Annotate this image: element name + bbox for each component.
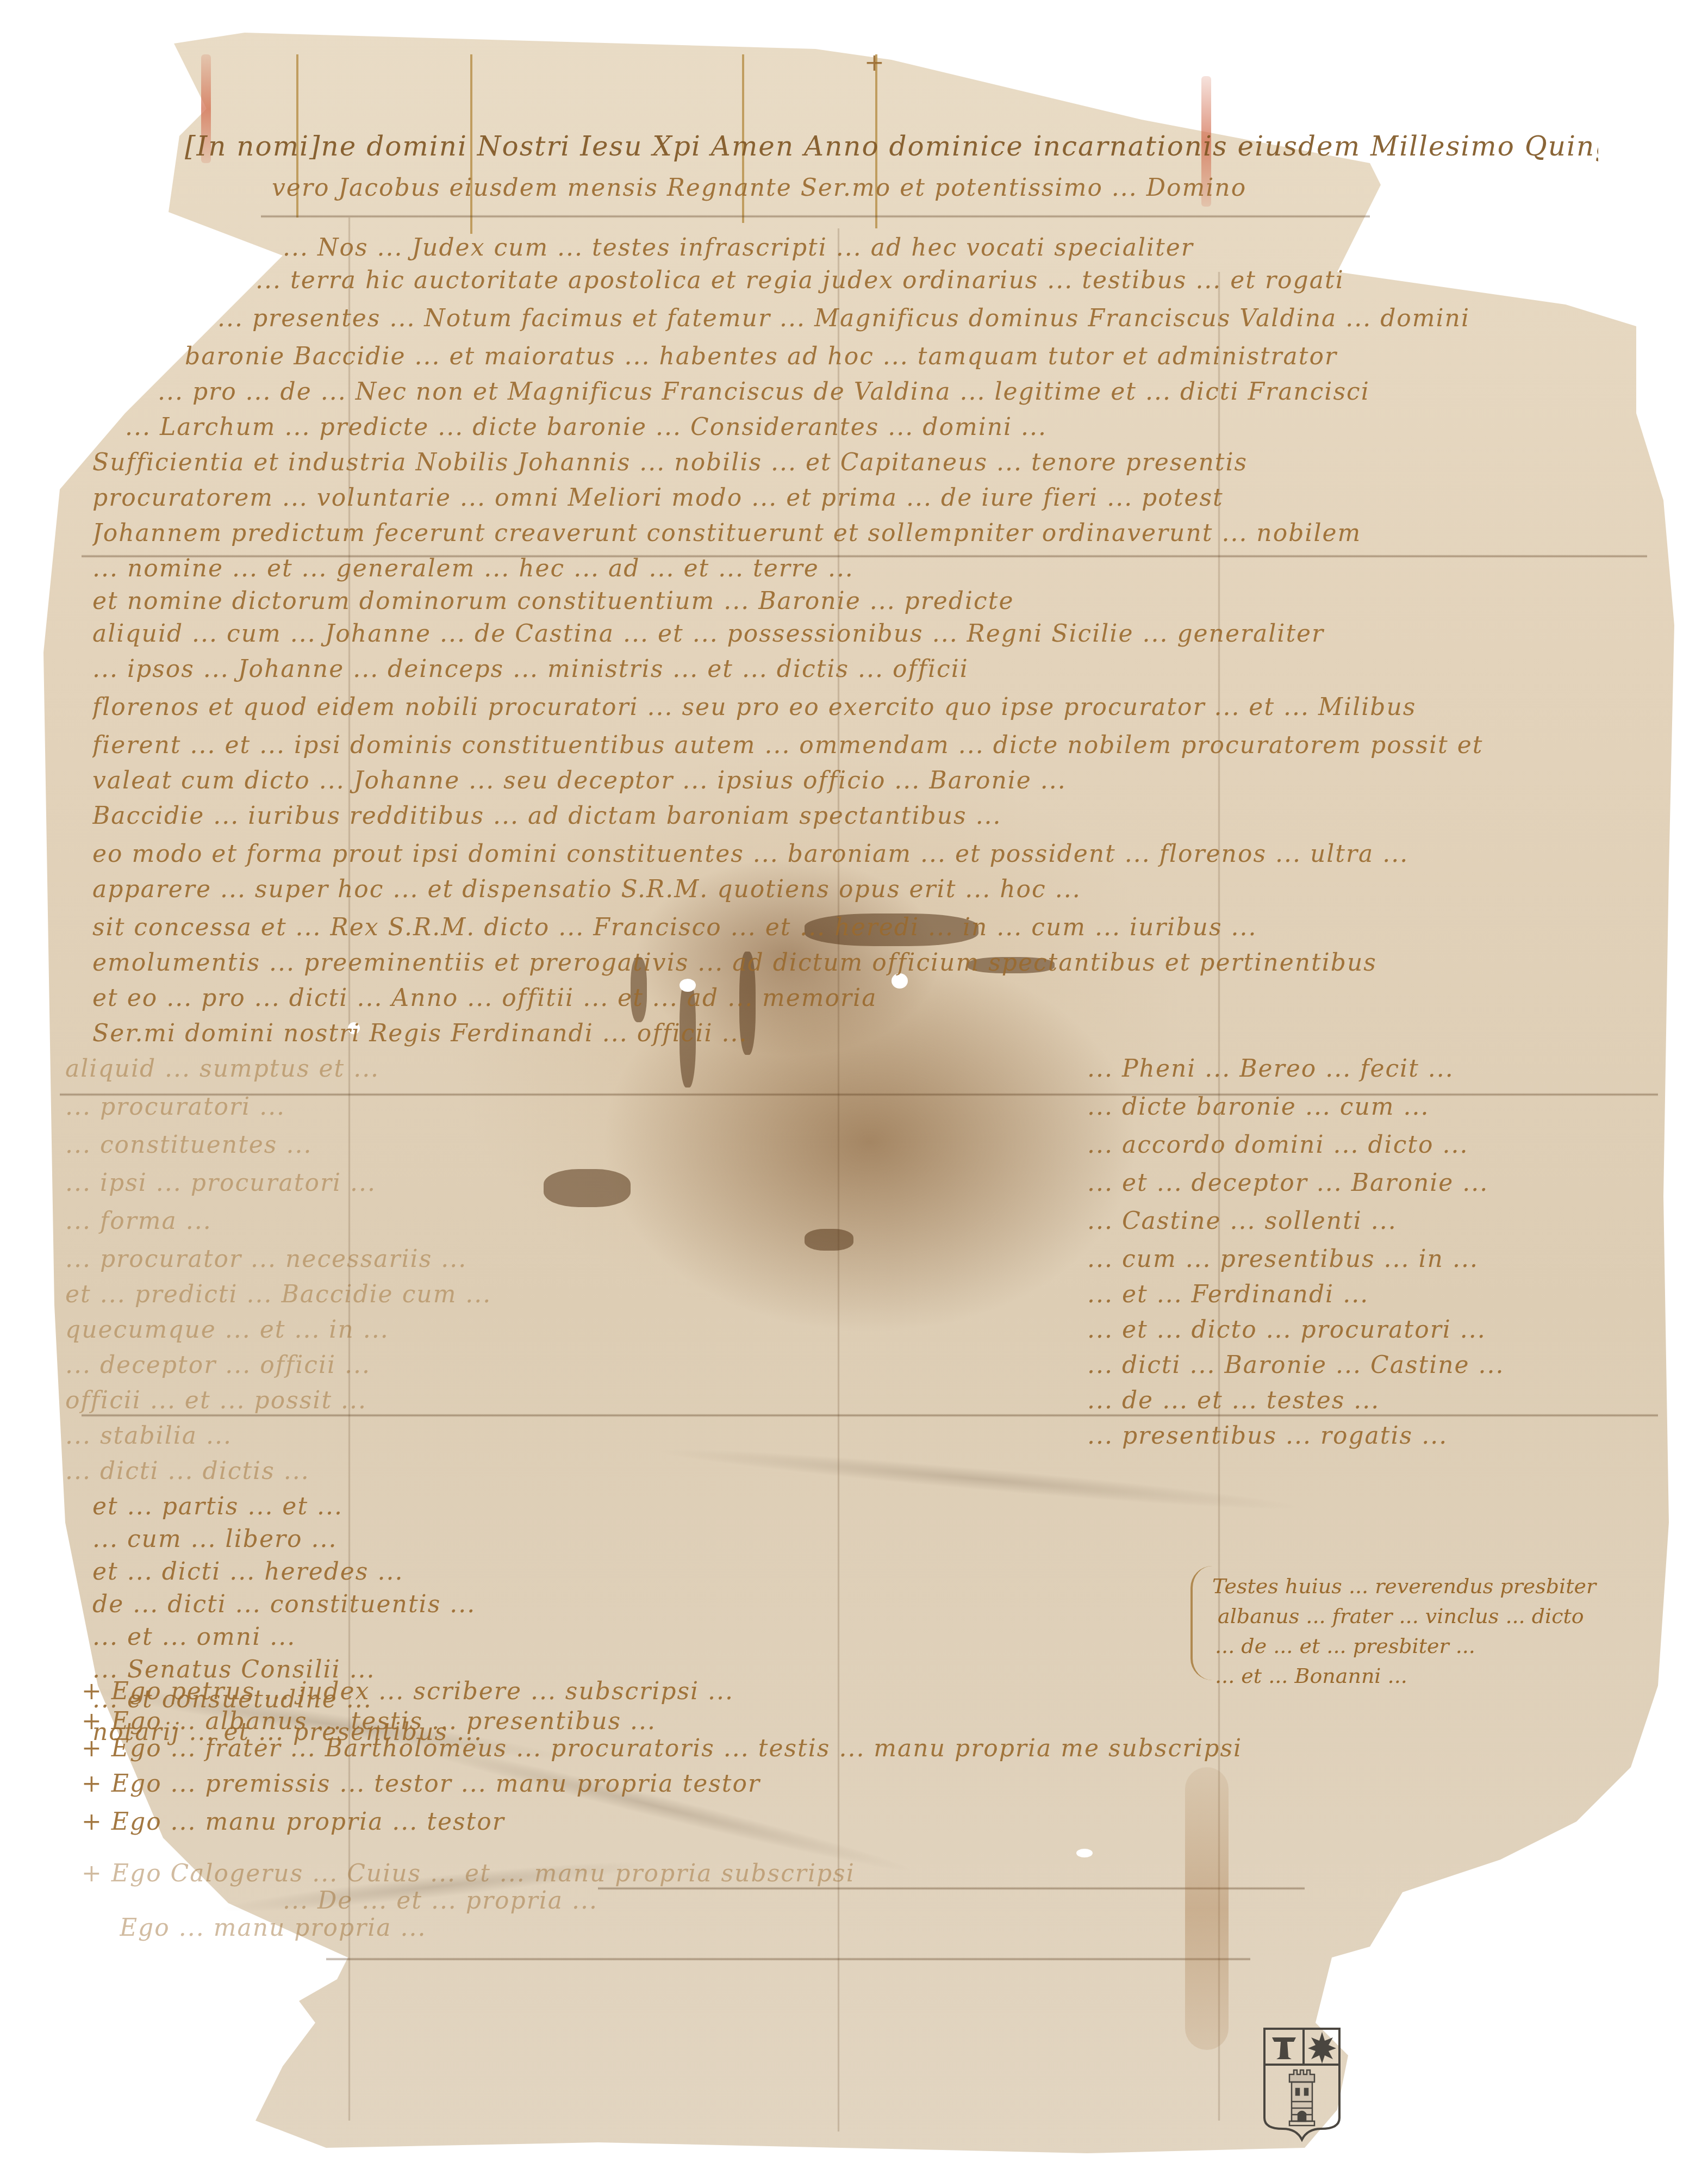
marginal-note-line: Testes huius ... reverendus presbiter (1212, 1574, 1596, 1598)
manuscript-line: aliquid ... cum ... Johanne ... de Casti… (92, 620, 1647, 648)
manuscript-line: ... ipsos ... Johanne ... deinceps ... m… (92, 655, 1647, 683)
manuscript-line: baronie Baccidie ... et maioratus ... ha… (185, 343, 1642, 370)
manuscript-line-right: ... dicti ... Baronie ... Castine ... (1087, 1351, 1631, 1379)
manuscript-line-right: ... et ... dicto ... procuratori ... (1087, 1316, 1631, 1344)
signature-line: + Ego ... frater ... Bartholomeus ... pr… (82, 1735, 1604, 1762)
manuscript-line-right: ... cum ... presentibus ... in ... (1087, 1245, 1631, 1273)
manuscript-line: ... et ... omni ... (92, 1623, 1180, 1651)
signature-line: + Ego ... premissis ... testor ... manu … (82, 1770, 1196, 1798)
signature-line: + Ego Calogerus ... Cuius ... et ... man… (82, 1860, 1060, 1887)
signature-line: + Ego ... manu propria ... testor (82, 1808, 1196, 1836)
manuscript-line-damaged: quecumque ... et ... in ... (65, 1316, 582, 1344)
manuscript-line-damaged: ... ipsi ... procuratori ... (65, 1169, 582, 1197)
manuscript-line: ... Larchum ... predicte ... dicte baron… (125, 413, 1647, 441)
marginal-brace (1190, 1566, 1214, 1680)
manuscript-line: vero Jacobus eiusdem mensis Regnante Ser… (272, 174, 1566, 202)
manuscript-line-right: ... et ... deceptor ... Baronie ... (1087, 1169, 1631, 1197)
manuscript-line: et eo ... pro ... dicti ... Anno ... off… (92, 984, 1647, 1012)
manuscript-line: ... presentes ... Notum facimus et fatem… (217, 304, 1631, 332)
manuscript-line-damaged: officii ... et ... possit ... (65, 1387, 582, 1414)
manuscript-line: fierent ... et ... ipsi dominis constitu… (92, 731, 1647, 759)
marginal-note-line: ... de ... et ... presbiter ... (1215, 1634, 1475, 1658)
manuscript-line-damaged: ... deceptor ... officii ... (65, 1351, 582, 1379)
manuscript-line: de ... dicti ... constituentis ... (92, 1590, 1180, 1618)
manuscript-line: ... pro ... de ... Nec non et Magnificus… (158, 378, 1647, 406)
manuscript-line-right: ... dicte baronie ... cum ... (1087, 1093, 1631, 1121)
manuscript-line-right: ... Pheni ... Bereo ... fecit ... (1087, 1055, 1631, 1083)
signature-line: ... De ... et ... propria ... (283, 1887, 1044, 1915)
manuscript-line: emolumentis ... preeminentiis et preroga… (92, 949, 1647, 977)
manuscript-line: eo modo et forma prout ipsi domini const… (92, 840, 1647, 868)
manuscript-line-right: ... de ... et ... testes ... (1087, 1387, 1631, 1414)
manuscript-line: + (864, 49, 897, 77)
fold-line (261, 215, 1370, 218)
manuscript-line: sit concessa et ... Rex S.R.M. dicto ...… (92, 913, 1647, 941)
manuscript-line: et nomine dictorum dominorum constituent… (92, 587, 1647, 615)
document-heading: [In nomi]ne domini Nostri Iesu Xpi Amen … (185, 130, 1598, 162)
parchment-hole (1076, 1849, 1093, 1857)
star-icon (1308, 2032, 1336, 2064)
ink-stain (805, 1229, 853, 1251)
manuscript-line-damaged: ... constituentes ... (65, 1131, 582, 1159)
manuscript-line-damaged: ... procurator ... necessariis ... (65, 1245, 582, 1273)
manuscript-line: ... Nos ... Judex cum ... testes infrasc… (283, 234, 1587, 262)
manuscript-line: florenos et quod eidem nobili procurator… (92, 693, 1647, 721)
manuscript-line: apparere ... super hoc ... et dispensati… (92, 875, 1647, 903)
manuscript-line: ... terra hic auctoritate apostolica et … (255, 266, 1625, 294)
fold-line (326, 1957, 1250, 1961)
manuscript-line: procuratorem ... voluntarie ... omni Mel… (92, 484, 1647, 512)
manuscript-line-right: ... accordo domini ... dicto ... (1087, 1131, 1631, 1159)
tau-cross-icon (1272, 2037, 1296, 2059)
marginal-note-line: albanus ... frater ... vinclus ... dicto (1218, 1604, 1584, 1628)
manuscript-line-right: ... Castine ... sollenti ... (1087, 1207, 1631, 1235)
manuscript-line: et ... dicti ... heredes ... (92, 1558, 1180, 1586)
signature-line: + Ego ... albanus ... testis ... present… (82, 1707, 1006, 1735)
manuscript-line-damaged: aliquid ... sumptus et ... (65, 1055, 582, 1083)
manuscript-line: et ... partis ... et ... (92, 1493, 1615, 1520)
manuscript-line: ... cum ... libero ... (92, 1525, 1615, 1553)
manuscript-line: Sufficientia et industria Nobilis Johann… (92, 449, 1647, 476)
manuscript-line-damaged: ... forma ... (65, 1207, 582, 1235)
manuscript-line-damaged: ... dicti ... dictis ... (65, 1457, 582, 1485)
manuscript-line: ... nomine ... et ... generalem ... hec … (92, 555, 1647, 582)
water-stain (1185, 1767, 1229, 2050)
manuscript-line: Ser.mi domini nostri Regis Ferdinandi ..… (92, 1020, 1647, 1047)
manuscript-line: valeat cum dicto ... Johanne ... seu dec… (92, 767, 1647, 794)
signature-line: Ego ... manu propria ... (120, 1914, 1098, 1942)
manuscript-line: Johannem predictum fecerunt creaverunt c… (92, 519, 1647, 547)
manuscript-line: Baccidie ... iuribus redditibus ... ad d… (92, 802, 1647, 830)
coat-of-arms-watermark (1261, 2025, 1343, 2142)
signature-line: + Ego petrus ... judex ... scribere ... … (82, 1677, 1006, 1705)
manuscript-line-right: ... et ... Ferdinandi ... (1087, 1281, 1631, 1308)
manuscript-line-damaged: ... stabilia ... (65, 1422, 582, 1450)
marginal-note-line: ... et ... Bonanni ... (1215, 1664, 1407, 1688)
castle-tower-icon (1289, 2070, 1314, 2126)
manuscript-line-right: ... presentibus ... rogatis ... (1087, 1422, 1631, 1450)
manuscript-line-damaged: et ... predicti ... Baccidie cum ... (65, 1281, 582, 1308)
manuscript-line-damaged: ... procuratori ... (65, 1093, 582, 1121)
